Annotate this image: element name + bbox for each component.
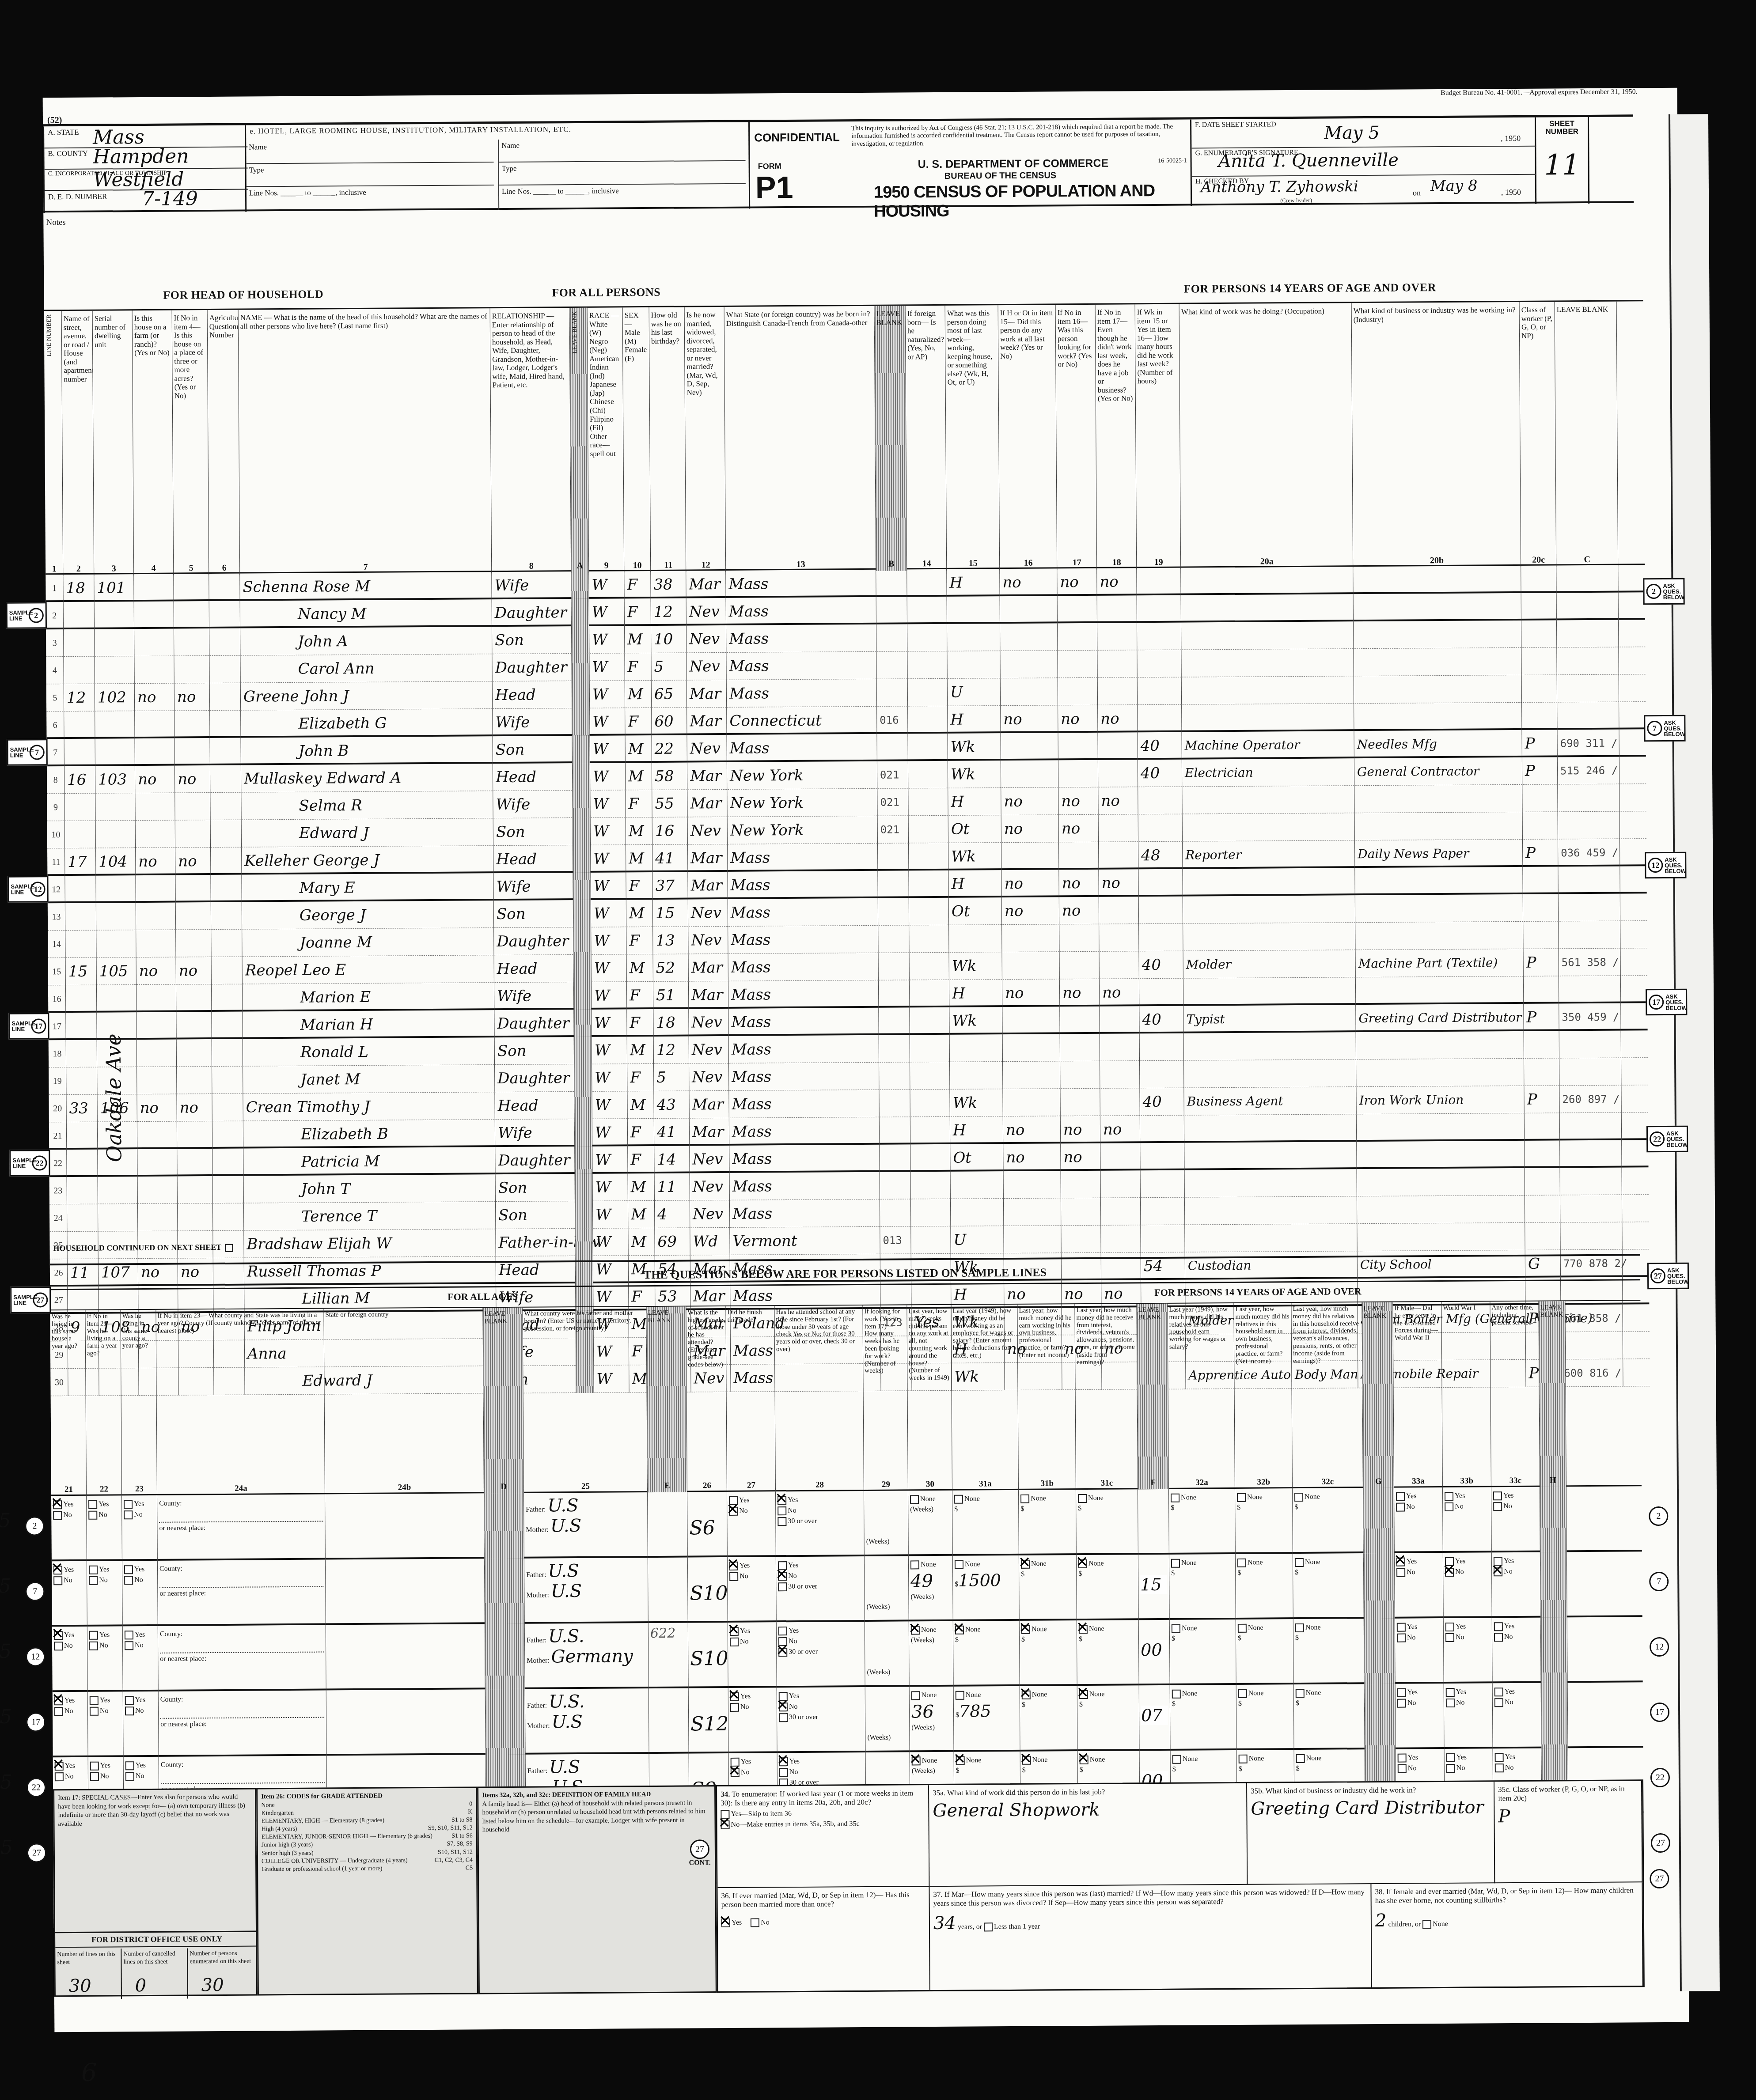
cell-farm[interactable] <box>137 985 176 1013</box>
cell-age[interactable]: 51 <box>653 981 689 1009</box>
cell-rel[interactable]: Father-in-law <box>496 1229 575 1256</box>
weeks-worked[interactable]: 49 <box>910 1571 933 1591</box>
cell-ind[interactable]: Daily News Paper <box>1355 840 1523 868</box>
cell-nat[interactable] <box>909 898 949 926</box>
cell-24a[interactable]: County:or nearest place: <box>159 1690 327 1756</box>
cell-age[interactable]: 16 <box>652 817 688 844</box>
cell-30[interactable]: None49(Weeks) <box>909 1556 953 1622</box>
q31a-none-checkbox[interactable] <box>954 1495 963 1504</box>
cell-31b[interactable]: None$ <box>1020 1620 1077 1686</box>
cell-house[interactable] <box>66 1013 97 1040</box>
cell-farm[interactable] <box>135 738 175 766</box>
cell-house[interactable] <box>64 739 95 766</box>
q22-yes-checkbox[interactable] <box>89 1631 98 1640</box>
cell-age[interactable]: 41 <box>654 1118 690 1146</box>
cell-c[interactable] <box>1557 702 1619 730</box>
cell-27[interactable]: YesNo <box>727 1491 776 1557</box>
cell-name[interactable]: Mary E <box>242 873 493 902</box>
cell-q17[interactable]: no <box>1060 979 1100 1007</box>
cell-name[interactable]: George J <box>242 901 494 929</box>
q28-yes-checkbox[interactable] <box>777 1496 786 1505</box>
cell-act[interactable]: H <box>947 569 1000 597</box>
cell-farm[interactable]: no <box>137 1094 177 1122</box>
q31b-none-checkbox[interactable] <box>1021 1625 1030 1634</box>
cell-q23[interactable]: YesNo <box>123 1626 159 1691</box>
cell-house[interactable] <box>67 1177 98 1204</box>
q35c-answer[interactable]: P <box>1498 1805 1638 1827</box>
q21-no-checkbox[interactable] <box>53 1576 62 1585</box>
cell-q17[interactable] <box>1061 1171 1101 1199</box>
q22-yes-checkbox[interactable] <box>90 1762 99 1771</box>
cell-29[interactable]: (Weeks) <box>865 1687 910 1752</box>
q30-none-checkbox[interactable] <box>911 1691 920 1700</box>
q21-yes-checkbox[interactable] <box>54 1696 63 1705</box>
cell-line[interactable]: 2 <box>46 602 64 629</box>
cell-q22[interactable]: YesNo <box>87 1626 123 1691</box>
cell-house[interactable] <box>65 876 96 903</box>
q33a-yes-checkbox[interactable] <box>1396 1558 1405 1566</box>
cell-mar[interactable]: Nev <box>690 1173 730 1201</box>
cell-c[interactable]: 561 358 / <box>1559 949 1620 976</box>
cell-rel[interactable]: Head <box>495 1092 574 1120</box>
cell-name[interactable]: Schenna Rose M <box>240 572 492 601</box>
cell-birth[interactable]: Mass <box>727 734 877 762</box>
q22-no-checkbox[interactable] <box>90 1772 99 1781</box>
cell-code[interactable] <box>876 651 907 679</box>
cell-c[interactable] <box>1557 620 1619 648</box>
q33b-yes-checkbox[interactable] <box>1446 1688 1455 1697</box>
cell-28[interactable]: YesNo30 or over <box>776 1556 865 1622</box>
cell-q22[interactable]: YesNo <box>88 1691 124 1757</box>
cell-act[interactable]: H <box>950 1116 1003 1144</box>
cell-line[interactable]: 11 <box>47 848 65 876</box>
cell-nat[interactable] <box>910 980 949 1008</box>
cell-cls[interactable] <box>1524 1058 1559 1086</box>
cell-acres[interactable] <box>174 574 209 601</box>
q23-yes-checkbox[interactable] <box>124 1500 133 1509</box>
cell-age[interactable]: 69 <box>655 1228 690 1255</box>
cell-birth[interactable]: Mass <box>729 1063 879 1091</box>
cell-serial[interactable] <box>95 629 134 657</box>
cell-32b[interactable]: None$ <box>1235 1488 1293 1554</box>
cell-sex[interactable]: F <box>626 927 653 954</box>
cell-mar[interactable]: Mar <box>687 708 727 735</box>
cell-name[interactable]: Edward J <box>242 818 493 847</box>
cell-occ[interactable] <box>1182 676 1354 704</box>
cell-house[interactable] <box>66 1067 97 1095</box>
cell-rel[interactable]: Son <box>492 626 572 654</box>
cell-occ[interactable]: Typist <box>1183 1005 1356 1033</box>
cell-rel[interactable]: Wife <box>494 982 574 1010</box>
cell-33a[interactable]: YesNo <box>1394 1487 1443 1553</box>
cell-nat[interactable] <box>910 1117 950 1145</box>
cell-occ[interactable] <box>1184 1032 1356 1060</box>
cell-house[interactable]: 18 <box>63 575 94 602</box>
cell-occ[interactable] <box>1183 977 1356 1006</box>
q32b-none-checkbox[interactable] <box>1239 1755 1248 1763</box>
cell-acres[interactable]: no <box>175 848 211 875</box>
cell-rel[interactable]: Wife <box>493 791 573 818</box>
cell-serial[interactable]: 104 <box>96 848 136 876</box>
cell-sex[interactable]: F <box>625 708 652 735</box>
q32c-none-checkbox[interactable] <box>1296 1754 1305 1763</box>
cell-c[interactable] <box>1559 1058 1621 1086</box>
cell-q16[interactable] <box>1000 623 1058 651</box>
q31a-none-checkbox[interactable] <box>955 1560 963 1569</box>
cell-acres[interactable] <box>175 820 211 848</box>
q27-yes-checkbox[interactable] <box>729 1562 738 1570</box>
cell-act[interactable] <box>951 1171 1004 1199</box>
cell-q18[interactable]: no <box>1099 869 1138 897</box>
cell-sex[interactable]: M <box>627 1037 654 1064</box>
cell-28[interactable]: YesNo30 or over <box>777 1687 866 1753</box>
cell-c[interactable] <box>1559 894 1620 922</box>
cell-cls[interactable] <box>1525 1140 1560 1168</box>
cell-q16[interactable]: no <box>1000 568 1057 596</box>
q21-yes-checkbox[interactable] <box>54 1631 63 1640</box>
cell-ind[interactable] <box>1354 785 1522 813</box>
cell-name[interactable]: Patricia M <box>243 1147 495 1176</box>
cell-sex[interactable]: F <box>627 1064 654 1091</box>
cell-nat[interactable] <box>910 1035 950 1063</box>
cell-q18[interactable] <box>1101 1170 1141 1198</box>
cell-hrs[interactable]: 40 <box>1138 760 1182 787</box>
cell-farm[interactable] <box>134 656 174 684</box>
cell-nat[interactable] <box>910 953 949 980</box>
cell-q23[interactable]: YesNo <box>123 1691 159 1757</box>
cell-sex[interactable]: M <box>626 763 652 790</box>
cell-q16[interactable] <box>1000 596 1058 624</box>
cell-occ[interactable] <box>1183 813 1355 841</box>
cell-code[interactable] <box>878 843 909 870</box>
cell-sex[interactable]: F <box>626 872 652 900</box>
cell-serial[interactable]: 103 <box>95 766 135 794</box>
cell-ind[interactable] <box>1356 1059 1524 1087</box>
q32b-none-checkbox[interactable] <box>1238 1689 1247 1698</box>
cell-ind[interactable] <box>1356 976 1524 1005</box>
cell-line[interactable]: 12 <box>47 876 65 903</box>
q33b-no-checkbox[interactable] <box>1445 1502 1453 1511</box>
cell-birth[interactable]: Vermont <box>730 1227 880 1255</box>
cell-cls[interactable]: P <box>1523 839 1558 866</box>
cell-code[interactable] <box>879 953 910 980</box>
cell-q16[interactable] <box>1000 651 1058 678</box>
cell-farm[interactable] <box>137 1012 176 1040</box>
cell-32a[interactable]: None$ <box>1169 1554 1236 1620</box>
cell-sex[interactable]: F <box>625 598 651 626</box>
cell-name[interactable]: Selma R <box>241 791 493 820</box>
cell-serial[interactable] <box>95 738 135 766</box>
cell-cls[interactable] <box>1525 1195 1560 1222</box>
cell-acres[interactable] <box>176 1012 212 1039</box>
q27-no-checkbox[interactable] <box>729 1572 738 1581</box>
cell-code[interactable] <box>880 1172 911 1199</box>
q31c-none-checkbox[interactable] <box>1079 1690 1088 1699</box>
q21-yes-checkbox[interactable] <box>53 1566 62 1574</box>
cell-line[interactable]: 9 <box>47 794 64 821</box>
cell-mar[interactable]: Nev <box>690 1146 729 1173</box>
cell-birth[interactable]: New York <box>727 761 877 790</box>
cell-code[interactable]: 021 <box>877 788 908 816</box>
cell-rel[interactable]: Son <box>493 818 573 846</box>
cell-occ[interactable]: Business Agent <box>1184 1087 1356 1115</box>
q32a-none-checkbox[interactable] <box>1171 1559 1180 1568</box>
cell-line[interactable]: 3 <box>46 629 64 657</box>
cell-cls[interactable] <box>1521 647 1557 675</box>
cell-28[interactable]: YesNo30 or over <box>776 1491 865 1557</box>
q23-no-checkbox[interactable] <box>124 1510 133 1519</box>
cell-house[interactable] <box>64 629 95 657</box>
q28-over30-checkbox[interactable] <box>777 1517 786 1526</box>
cell-house[interactable] <box>67 1122 98 1150</box>
cell-age[interactable]: 38 <box>651 571 686 598</box>
cell-age[interactable]: 12 <box>654 1036 689 1063</box>
cell-hrs[interactable] <box>1138 814 1183 842</box>
cell-c[interactable] <box>1560 1222 1622 1250</box>
q32a-none-checkbox[interactable] <box>1171 1494 1180 1502</box>
cell-q18[interactable] <box>1100 1061 1140 1089</box>
cell-race[interactable]: W <box>591 900 626 927</box>
cell-act[interactable]: Wk <box>949 952 1002 980</box>
q33a-no-checkbox[interactable] <box>1396 1568 1405 1577</box>
cell-33a[interactable]: YesNo <box>1395 1618 1444 1684</box>
wages-amount[interactable]: 1500 <box>958 1570 1001 1590</box>
cell-q17[interactable]: no <box>1058 787 1098 815</box>
cell-acres[interactable]: no <box>177 1094 212 1121</box>
cell-q17[interactable] <box>1060 952 1100 980</box>
q33a-no-checkbox[interactable] <box>1398 1764 1407 1773</box>
cell-birth[interactable]: Mass <box>730 1172 880 1200</box>
cell-rel[interactable]: Daughter <box>495 1146 575 1174</box>
cell-rel[interactable]: Son <box>494 900 573 928</box>
q23-yes-checkbox[interactable] <box>125 1631 133 1639</box>
cell-cls[interactable]: P <box>1522 730 1557 757</box>
cell-house[interactable] <box>65 903 96 931</box>
cell-code[interactable] <box>877 679 908 706</box>
cell-race[interactable]: W <box>589 626 625 653</box>
cell-cls[interactable] <box>1525 1222 1560 1250</box>
cell-age[interactable]: 41 <box>652 844 688 872</box>
q22-no-checkbox[interactable] <box>89 1576 98 1585</box>
cell-q16[interactable]: no <box>1003 1116 1061 1144</box>
cell-q22[interactable]: YesNo <box>87 1495 122 1561</box>
cell-occ[interactable]: Molder <box>1183 950 1356 978</box>
q28-no-checkbox[interactable] <box>778 1572 787 1581</box>
q33c-no-checkbox[interactable] <box>1494 1567 1502 1576</box>
cell-q18[interactable] <box>1097 595 1137 623</box>
cell-code[interactable] <box>879 1090 910 1117</box>
q34-no-checkbox[interactable] <box>721 1820 730 1829</box>
cell-mar[interactable]: Nev <box>689 1036 729 1064</box>
cell-occ[interactable]: Machine Operator <box>1182 731 1354 759</box>
cell-ind[interactable] <box>1357 1141 1525 1169</box>
cell-nat[interactable] <box>910 1144 950 1172</box>
cell-q16[interactable] <box>1002 952 1060 980</box>
cell-hrs[interactable] <box>1138 787 1182 815</box>
cell-q17[interactable] <box>1061 1226 1101 1253</box>
cell-name[interactable]: Terence T <box>244 1202 496 1230</box>
cell-race[interactable]: W <box>590 790 626 817</box>
household-continued-checkbox[interactable] <box>225 1244 233 1252</box>
cell-ind[interactable]: Machine Part (Textile) <box>1356 949 1524 977</box>
cell-acres[interactable] <box>176 984 212 1012</box>
cell-name[interactable]: Nancy M <box>240 599 492 628</box>
q31a-none-checkbox[interactable] <box>955 1626 964 1635</box>
cell-code[interactable]: 021 <box>878 816 909 843</box>
q32a-none-checkbox[interactable] <box>1172 1690 1181 1699</box>
q28-yes-checkbox[interactable] <box>778 1627 787 1635</box>
cell-serial[interactable] <box>98 1177 138 1204</box>
cell-occ[interactable] <box>1181 621 1354 650</box>
cell-q16[interactable]: no <box>1001 787 1058 815</box>
cell-sex[interactable]: M <box>626 735 652 763</box>
cell-age[interactable]: 22 <box>652 735 687 762</box>
cell-q16[interactable] <box>1004 1226 1061 1253</box>
cell-hrs[interactable] <box>1138 677 1182 705</box>
cell-ind[interactable] <box>1355 812 1523 840</box>
q31c-none-checkbox[interactable] <box>1080 1756 1088 1764</box>
cell-sex[interactable]: F <box>624 571 651 598</box>
cell-code[interactable]: 016 <box>877 706 908 734</box>
cell-line[interactable]: 5 <box>46 684 64 711</box>
mother-birthplace[interactable]: U.S <box>551 1581 582 1601</box>
cell-q17[interactable]: no <box>1059 870 1099 897</box>
cell-q23[interactable]: YesNo <box>122 1561 158 1626</box>
cell-house[interactable] <box>65 821 96 848</box>
cell-age[interactable]: 15 <box>653 899 688 927</box>
cell-c[interactable] <box>1560 1113 1622 1141</box>
cell-age[interactable]: 58 <box>652 762 687 790</box>
q27-no-checkbox[interactable] <box>730 1703 739 1712</box>
cell-q17[interactable] <box>1058 596 1097 624</box>
cell-code[interactable] <box>879 980 910 1007</box>
household-continued[interactable]: HOUSEHOLD CONTINUED ON NEXT SHEET <box>53 1243 233 1253</box>
cell-rel[interactable]: Daughter <box>492 654 572 681</box>
cell-age[interactable]: 14 <box>654 1146 690 1173</box>
cell-q18[interactable] <box>1100 1033 1140 1061</box>
cell-birth[interactable]: Mass <box>730 1199 880 1228</box>
cell-cls[interactable] <box>1523 812 1558 839</box>
cell-q16[interactable] <box>1003 1061 1060 1089</box>
cell-act[interactable]: H <box>949 980 1002 1007</box>
cell-ind[interactable] <box>1355 867 1523 895</box>
cell-acres[interactable]: no <box>176 957 212 984</box>
cell-acres[interactable] <box>175 738 210 765</box>
cell-birth[interactable]: Mass <box>728 898 878 927</box>
q32a-none-checkbox[interactable] <box>1172 1755 1181 1764</box>
cell-nat[interactable] <box>909 925 949 953</box>
cell-house[interactable]: 16 <box>64 766 95 794</box>
cell-sex[interactable]: M <box>628 1228 655 1256</box>
q36-no-checkbox[interactable] <box>751 1918 759 1927</box>
cell-age[interactable]: 11 <box>655 1173 690 1200</box>
cell-occ[interactable]: Electrician <box>1182 758 1354 787</box>
cell-30[interactable]: None(Weeks) <box>908 1491 953 1556</box>
cell-q18[interactable]: no <box>1100 979 1139 1006</box>
cell-25[interactable]: Father: U.SMother: U.S <box>524 1558 649 1624</box>
cell-q21[interactable]: YesNo <box>53 1692 88 1757</box>
cell-31a[interactable]: None$ <box>952 1490 1019 1556</box>
cell-31b[interactable]: None$ <box>1019 1490 1077 1555</box>
cell-ind[interactable] <box>1355 922 1523 950</box>
cell-act[interactable] <box>950 1034 1003 1062</box>
q33a-no-checkbox[interactable] <box>1396 1503 1405 1512</box>
cell-rel[interactable]: Son <box>493 736 573 764</box>
cell-farm[interactable] <box>136 821 175 848</box>
cell-ind[interactable] <box>1357 1223 1525 1251</box>
cell-c[interactable] <box>1556 565 1618 593</box>
cell-c[interactable] <box>1560 1195 1622 1223</box>
cell-25[interactable]: Father: U.S.Mother: Germany <box>525 1623 649 1689</box>
mother-birthplace[interactable]: U.S <box>550 1516 581 1536</box>
q35a-answer[interactable]: General Shopwork <box>933 1798 1243 1821</box>
cell-mar[interactable]: Mar <box>688 872 728 900</box>
cell-hrs[interactable] <box>1140 1143 1184 1171</box>
cell-nat[interactable] <box>911 1199 951 1227</box>
q33b-no-checkbox[interactable] <box>1446 1699 1455 1707</box>
father-birthplace[interactable]: U.S <box>547 1495 578 1516</box>
cell-age[interactable]: 4 <box>655 1200 690 1228</box>
cell-name[interactable]: Kelleher George J <box>242 846 493 874</box>
cell-31a[interactable]: None$ <box>953 1621 1020 1687</box>
cell-birth[interactable]: New York <box>727 789 877 817</box>
cell-acres[interactable] <box>174 711 210 738</box>
cell-acres[interactable] <box>177 1121 212 1149</box>
cell-ind[interactable] <box>1357 1168 1525 1196</box>
cell-cls[interactable] <box>1524 976 1559 1003</box>
cell-race[interactable]: W <box>591 927 626 954</box>
cell-ind[interactable] <box>1356 1031 1524 1059</box>
cell-farm[interactable] <box>137 1067 177 1095</box>
cell-nat[interactable] <box>908 679 948 707</box>
cell-mar[interactable]: Nev <box>690 1200 730 1228</box>
q31b-none-checkbox[interactable] <box>1020 1495 1029 1503</box>
cell-33b[interactable]: YesNo <box>1443 1552 1492 1618</box>
cell-q16[interactable] <box>1003 1034 1060 1062</box>
cell-q17[interactable]: no <box>1061 1143 1100 1171</box>
cell-q17[interactable]: no <box>1061 1116 1100 1144</box>
cell-race[interactable]: W <box>593 1228 628 1256</box>
q28-over30-checkbox[interactable] <box>779 1713 788 1722</box>
cell-33b[interactable]: YesNo <box>1443 1487 1492 1553</box>
cell-q17[interactable] <box>1058 733 1098 761</box>
cell-26[interactable]: S10 <box>688 1557 728 1623</box>
cell-nat[interactable] <box>907 624 947 652</box>
cell-acres[interactable] <box>174 656 209 683</box>
cell-house[interactable] <box>64 711 95 739</box>
q23-no-checkbox[interactable] <box>124 1576 133 1585</box>
cell-c[interactable]: 260 897 / <box>1559 1086 1621 1113</box>
cell-line[interactable]: 13 <box>48 903 65 931</box>
q33b-yes-checkbox[interactable] <box>1445 1492 1453 1501</box>
cell-mar[interactable]: Mar <box>689 981 728 1009</box>
cell-33c[interactable]: YesNo <box>1493 1683 1542 1749</box>
cell-mar[interactable]: Mar <box>686 571 726 598</box>
weeks-worked[interactable]: 36 <box>911 1702 934 1722</box>
cell-31a[interactable]: None$1500 <box>953 1555 1020 1621</box>
cell-ind[interactable] <box>1354 593 1521 621</box>
cell-hrs[interactable] <box>1139 897 1183 924</box>
cell-q17[interactable] <box>1058 623 1097 651</box>
q23-yes-checkbox[interactable] <box>125 1696 134 1705</box>
cell-birth[interactable]: Mass <box>726 624 876 653</box>
cell-code[interactable] <box>880 1199 911 1226</box>
q33c-no-checkbox[interactable] <box>1493 1502 1502 1511</box>
q33a-yes-checkbox[interactable] <box>1396 1492 1405 1501</box>
cell-mar[interactable]: Nev <box>689 1063 729 1091</box>
cell-nat[interactable] <box>908 706 948 734</box>
cell-name[interactable]: Elizabeth G <box>241 709 493 738</box>
